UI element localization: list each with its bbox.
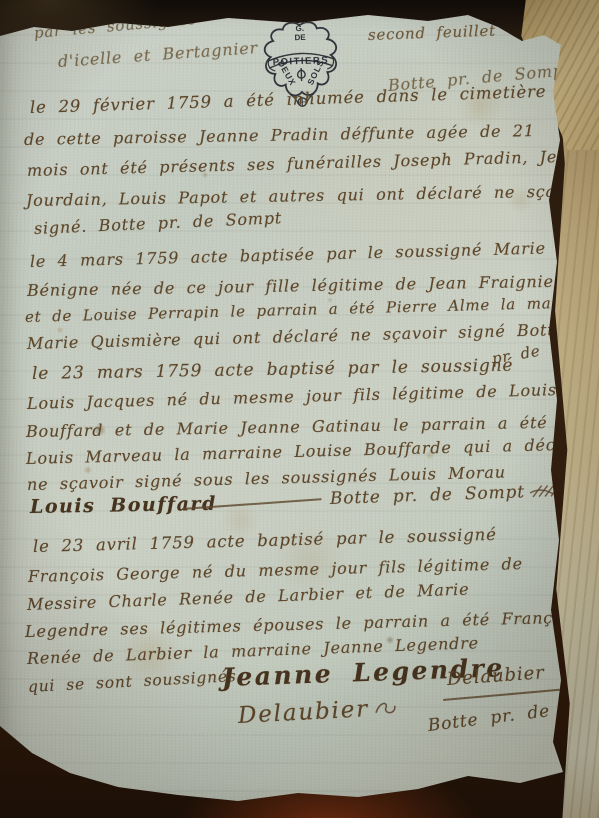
signature-louis-bouffard: Louis Bouffard bbox=[30, 493, 217, 518]
paraph-flourish-icon bbox=[530, 483, 569, 499]
stamp-de-text: DE bbox=[294, 33, 306, 42]
signature-paraph-icon bbox=[374, 699, 399, 718]
manuscript-page: G. DE POITIERS DEUX SOLS par les soussig… bbox=[0, 0, 599, 818]
manuscript-photo: G. DE POITIERS DEUX SOLS par les soussig… bbox=[0, 0, 599, 818]
stamp-g-text: G. bbox=[295, 24, 304, 33]
